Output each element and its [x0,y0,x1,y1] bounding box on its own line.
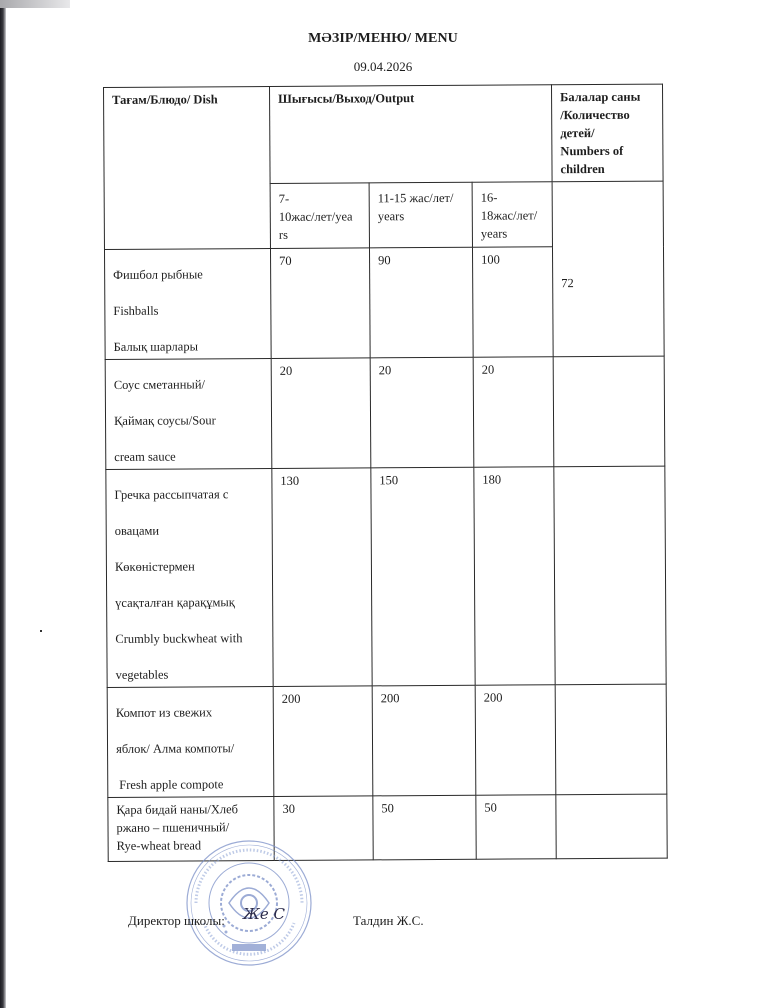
table-row: Гречка рассыпчатая с овацами Көкөністерм… [106,466,666,687]
header-children-count: Балалар саны /Количество детей/ Numbers … [551,84,663,182]
children-count-empty [553,356,665,467]
portion-11-15: 90 [369,247,473,358]
portion-16-18: 50 [476,795,556,859]
director-signature: Же С [243,905,285,923]
age-group-7-10: 7- 10жас/лет/yea rs [270,183,369,249]
age-group-16-18: 16- 18жас/лет/ years [472,182,552,247]
header-dish: Тағам/Блюдо/ Dish [104,86,271,249]
official-stamp-icon [184,838,314,968]
menu-table: Тағам/Блюдо/ Dish Шығысы/Выход/Output Ба… [103,84,668,862]
portion-16-18: 100 [472,247,553,357]
children-count-empty [554,466,666,685]
dish-name: Соус сметанный/ Қаймақ соусы/Sour cream … [105,358,272,469]
scan-speck [40,630,42,632]
portion-7-10: 130 [272,468,372,687]
table-row: Компот из свежих яблок/ Алма компоты/ Fr… [107,684,667,797]
portion-16-18: 200 [475,685,556,795]
header-row: Тағам/Блюдо/ Dish Шығысы/Выход/Output Ба… [104,84,664,184]
document-date: 09.04.2026 [0,59,766,75]
portion-16-18: 180 [474,467,555,685]
dish-name: Компот из свежих яблок/ Алма компоты/ Fr… [107,686,274,797]
portion-16-18: 20 [473,357,554,467]
portion-7-10: 200 [273,686,373,797]
portion-11-15: 150 [371,467,475,686]
portion-7-10: 70 [270,248,370,359]
scan-top-shade [0,0,70,8]
children-count-empty [555,684,667,795]
table-row: Соус сметанный/ Қаймақ соусы/Sour cream … [105,356,665,469]
children-count-empty [556,794,667,859]
scan-left-edge [0,0,6,1008]
document-title: МӘЗІР/МЕНЮ/ MENU [0,31,766,47]
portion-11-15: 200 [372,685,476,796]
portion-7-10: 20 [271,358,371,469]
director-label: Директор школы: [128,913,225,929]
dish-name: Гречка рассыпчатая с овацами Көкөністерм… [106,468,273,687]
children-count-value: 72 [552,181,664,357]
portion-11-15: 20 [370,357,474,468]
header-output: Шығысы/Выход/Output [269,85,552,184]
age-group-11-15: 11-15 жас/лет/ years [369,182,472,248]
director-name: Талдин Ж.С. [353,913,424,929]
dish-name: Фишбол рыбные Fishballs Балық шарлары [104,248,271,359]
portion-11-15: 50 [373,795,476,860]
